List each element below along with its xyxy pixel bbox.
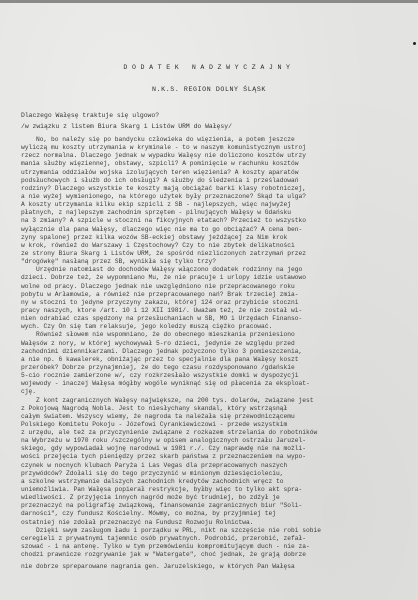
document-title: DODATEK NADZWYCZAJNY	[0, 64, 418, 71]
text-line: skiego, gdy wypowiadał wojnę narodowi w …	[21, 445, 413, 453]
text-line: nie dobrze spreparowane nagrania gen. Ja…	[21, 563, 413, 571]
paragraph: No, bo należy się po bandycku człowieka …	[21, 136, 413, 266]
text-line: na 3 zmiany? A szpicle w stoczni na fikc…	[21, 217, 413, 225]
text-line: utrzymania oddziałów wojska izolujących …	[21, 169, 413, 177]
paragraph: Urzędnie natomiast do dochodów Wałęsy wł…	[21, 266, 413, 331]
text-line: ze strony Biura Skarg i Listów URM, że s…	[21, 250, 413, 258]
text-line: ostatniej nie zdołał przeznaczyć na Fund…	[21, 519, 413, 527]
text-line: z urzędu, ale też za przyczynienie związ…	[21, 429, 413, 437]
text-line: nien odrabiać czas spędzony na przesłuch…	[21, 315, 413, 323]
text-line: wych. Czy On się tam relaksuje, jego kol…	[21, 323, 413, 331]
paragraph: nie dobrze spreparowane nagrania gen. Ja…	[21, 563, 413, 571]
text-line: przeróbek? Dobrze przynajmniej, że do te…	[21, 364, 413, 372]
text-line: Polskiego Komitetu Pokoju - Józefowi Cyr…	[21, 421, 413, 429]
text-line: w krok, również do Warszawy i Częstochow…	[21, 242, 413, 250]
article-heading-line-2: /w związku z listem Biura Skarg i Listów…	[21, 123, 232, 130]
text-line: całym światem. Wszyscy wiemy, że nagroda…	[21, 413, 413, 421]
paragraph: Z kont zagranicznych Wałęsy największe, …	[21, 397, 413, 527]
text-line: wolne od pracy. Dlaczego jednak nie uwzg…	[21, 283, 413, 291]
text-line: Urzędnie natomiast do dochodów Wałęsy wł…	[21, 266, 413, 274]
text-line: darności", czy fundusz Kościelny. Mówmy,…	[21, 510, 413, 518]
text-line: mania służby więziennej, obstawy, szpicl…	[21, 160, 413, 168]
text-line: chodzi prawnicze rozgrywanie jak w "Wate…	[21, 551, 413, 559]
text-line: pobytu w Arłamowie, a również nie przepr…	[21, 291, 413, 299]
text-line: rzecz normalna. Dlaczego jednak w wypadk…	[21, 152, 413, 160]
text-line: na Wybrzeżu w 1970 roku /szczególny w op…	[21, 437, 413, 445]
text-line: wości przejęcia tych pieniędzy przez ska…	[21, 453, 413, 461]
text-line: A koszty utrzymania kilku ekip szpicli z…	[21, 201, 413, 209]
text-line: cję.	[21, 388, 413, 396]
text-line: dzieci. Dobrze też, że wypomniano Mu, że…	[21, 274, 413, 282]
text-line: ceregieli z prywatnymi tajemnic osób pry…	[21, 535, 413, 543]
text-line: Z kont zagranicznych Wałęsy największe, …	[21, 397, 413, 405]
text-line: pracy naszych, ktore /art. 10 i 12 XII 1…	[21, 307, 413, 315]
text-line: 5-cio rocznie zamierzone w/, czy rozkrze…	[21, 372, 413, 380]
paragraph: Dzięki swym zasługom ładu i porządku w P…	[21, 527, 413, 560]
text-line: czynek w nocnych klubach Paryża i Las Ve…	[21, 462, 413, 470]
text-line: a szkolne wstrzymanie dalszych zachodnic…	[21, 478, 413, 486]
scan-top-edge	[0, 0, 418, 3]
text-line: zyny spalonej przez kilka wozów SB-eckie…	[21, 234, 413, 242]
text-line: Wałęsów z nory, w której wychowywał 5-ro…	[21, 340, 413, 348]
document-subtitle: N.K.S. REGION DOLNY ŚLĄSK	[0, 86, 418, 93]
text-line: rodziny? Dlaczego wszystkie te koszty ma…	[21, 185, 413, 193]
text-line: ny w stoczni to jedyne przyczyny zakazu,…	[21, 299, 413, 307]
paragraph: Również słowem nie wspomniano, że do obe…	[21, 331, 413, 396]
text-line: przeznaczyć na poligrafię związkową, fin…	[21, 502, 413, 510]
text-line: wyłącznie dla pana Wałęsy, dlaczego więc…	[21, 226, 413, 234]
text-line: podsłuchowych i służb do ich obsługi? A …	[21, 177, 413, 185]
article-heading-line-1: Dlaczego Wałęsę traktuje się ulgowo?	[21, 112, 159, 119]
article-body: No, bo należy się po bandycku człowieka …	[21, 136, 413, 571]
text-line: wyliczą mu koszty utrzymania w kryminale…	[21, 144, 413, 152]
text-line: Dzięki swym zasługom ładu i porządku w P…	[21, 527, 413, 535]
text-line: uniemożliwia. Pan Wałęsa popierał restry…	[21, 486, 413, 494]
text-line: zachodnimi dziennikarzami. Dlaczego jedn…	[21, 348, 413, 356]
text-line: wiedliwości. Z przyjęcia innych nagród m…	[21, 494, 413, 502]
article-heading: Dlaczego Wałęsę traktuje się ulgowo? /w …	[21, 110, 232, 132]
text-line: z Pokojową Nagrodą Nobla. Jest to niesły…	[21, 405, 413, 413]
text-line: wojewody - inaczej Wałęsa mógłby wogóle …	[21, 380, 413, 388]
scan-speck	[413, 42, 416, 45]
text-line: a nie wyżej wymienionego, na którego uży…	[21, 193, 413, 201]
text-line: płatnych, z najlepszym zachodnim sprzęte…	[21, 209, 413, 217]
text-line: a nie np. 6 kawalerek, obniżając przez t…	[21, 356, 413, 364]
text-line: szować - i na antenę. Tylko w tym przemó…	[21, 543, 413, 551]
text-line: No, bo należy się po bandycku człowieka …	[21, 136, 413, 144]
text-line: "drogówkę" nasłaną przez SB, wynikła się…	[21, 258, 413, 266]
text-line: Również słowem nie wspomniano, że do obe…	[21, 331, 413, 339]
text-line: przywódców? Zdołali się do tego przyczyn…	[21, 470, 413, 478]
